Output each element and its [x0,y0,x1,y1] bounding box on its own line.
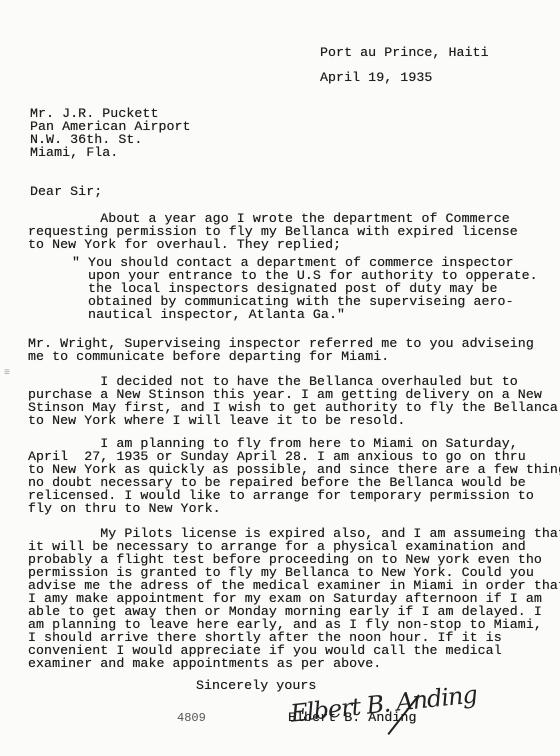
recipient-address: Mr. J.R. Puckett Pan American Airport N.… [30,107,191,159]
paragraph-line: examiner and make appointments as per ab… [28,657,560,670]
quoted-reply: " You should contact a department of com… [72,256,538,321]
paragraph-3: I decided not to have the Bellanca overh… [28,375,558,427]
letter-place: Port au Prince, Haiti [320,46,489,59]
letter-page: Port au Prince, Haiti April 19, 1935 Mr.… [0,0,560,756]
paragraph-line: to New York for overhaul. They replied; [28,238,518,251]
paragraph-5: My Pilots license is expired also, and I… [28,527,560,670]
recipient-city: Miami, Fla. [30,146,191,159]
quote-line: nautical inspector, Atlanta Ga." [72,308,538,321]
margin-mark: ≡ [4,368,10,379]
salutation: Dear Sir; [30,185,102,198]
paragraph-4: I am planning to fly from here to Miami … [28,437,560,515]
closing: Sincerely yours [196,679,316,692]
paragraph-line: fly on thru to New York. [28,502,560,515]
file-stamp: 4809 [177,711,206,725]
paragraph-line: me to communicate before departing for M… [28,350,534,363]
paragraph-line: to New York where I will leave it to be … [28,414,558,427]
paragraph-2: Mr. Wright, Superviseing inspector refer… [28,337,534,363]
typed-signature: Elbert B. Anding [288,711,416,724]
letter-date: April 19, 1935 [320,71,432,84]
paragraph-1: About a year ago I wrote the department … [28,212,518,251]
